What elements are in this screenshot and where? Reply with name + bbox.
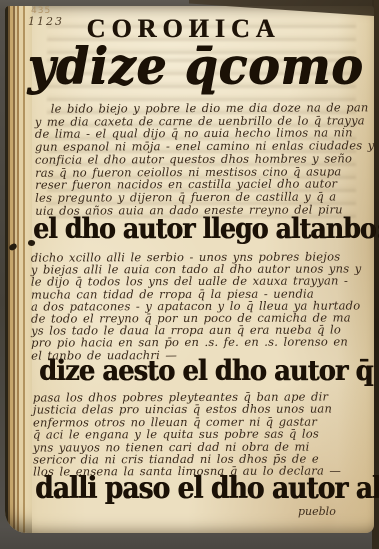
section-heading-dalli-paso: dalli paso el dho autor al bbox=[35, 472, 379, 505]
paragraph-3: pasa los dhos pobres pleyteantes q̄ ban … bbox=[33, 390, 341, 478]
manuscript-photo: 435 1123 COROИICA ydize q̄como le bido b… bbox=[0, 0, 379, 549]
catchword: pueblo bbox=[298, 505, 336, 518]
manuscript-text-line: pro pio hacia en san p̄o en .s. fe. en .… bbox=[31, 336, 362, 349]
paragraph-1: le bido biejo y pobre le dio me dia doze… bbox=[35, 101, 375, 217]
section-heading-dize-aesto: dize aesto el dho autor q̄ bbox=[39, 356, 373, 387]
paragraph-2: dicho xcillo alli le serbio - unos yns p… bbox=[31, 250, 362, 361]
chapter-heading-ydize: ydize q̄como bbox=[19, 41, 372, 93]
manuscript-page: 435 1123 COROИICA ydize q̄como le bido b… bbox=[5, 6, 374, 533]
section-heading-tanbo: el dho autor llego altanbo: bbox=[33, 214, 379, 245]
